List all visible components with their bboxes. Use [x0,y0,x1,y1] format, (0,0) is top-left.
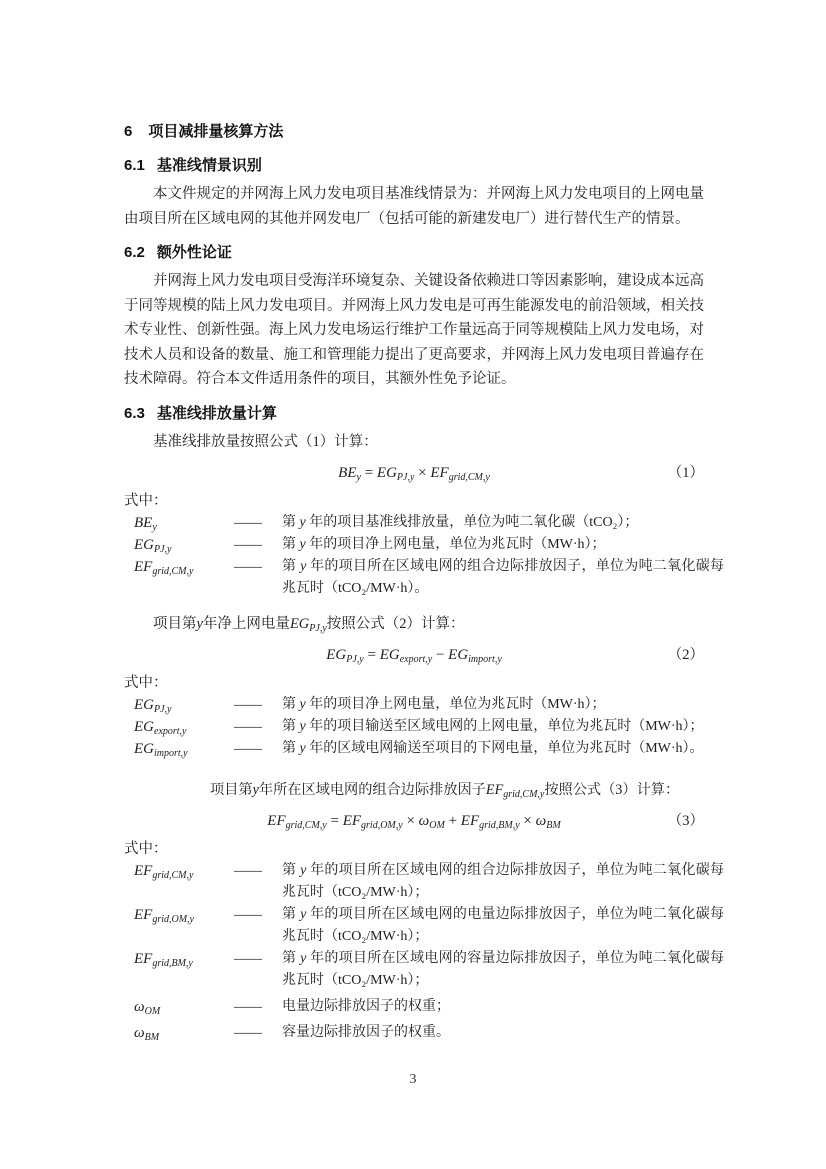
definition-dash: —— [234,904,282,926]
document-page: 6项目减排量核算方法 6.1基准线情景识别 本文件规定的并网海上风力发电项目基准… [0,0,826,1169]
definition-list-2: EGPJ,y —— 第 y 年的项目净上网电量，单位为兆瓦时（MW·h）； EG… [124,694,724,760]
definition-dash: —— [234,556,282,578]
where-label-3: 式中： [124,838,704,860]
heading-number: 6.2 [124,243,145,263]
formula-3: EFgrid,CM,y = EFgrid,OM,y × ωOM + EFgrid… [124,808,704,834]
definition-row: EGPJ,y —— 第 y 年的项目净上网电量，单位为兆瓦时（MW·h）； [124,694,724,716]
definition-list-1: BEy —— 第 y 年的项目基准线排放量，单位为吨二氧化碳（tCO₂）； EG… [124,512,724,600]
section-heading-6: 6项目减排量核算方法 [124,122,704,142]
definition-dash: —— [234,694,282,716]
formula-2-expression: EGPJ,y = EGexport,y − EGimport,y [326,642,502,668]
definition-row: ωBM —— 容量边际排放因子的权重。 [124,1022,724,1044]
formula-3-number: （3） [668,808,704,834]
definition-dash: —— [234,1022,282,1044]
formula-3-expression: EFgrid,CM,y = EFgrid,OM,y × ωOM + EFgrid… [267,808,560,834]
formula-2: EGPJ,y = EGexport,y − EGimport,y （2） [124,642,704,668]
definition-term: EFgrid,BM,y [134,948,234,970]
definition-dash: —— [234,534,282,556]
heading-title: 基准线情景识别 [157,157,262,174]
section-heading-6-3: 6.3基准线排放量计算 [124,404,704,424]
formula-1: BEy = EGPJ,y × EFgrid,CM,y （1） [124,460,704,486]
definition-text: 第 y 年的项目所在区域电网的容量边际排放因子，单位为吨二氧化碳每兆瓦时（tCO… [282,948,724,992]
definition-text: 第 y 年的项目所在区域电网的电量边际排放因子，单位为吨二氧化碳每兆瓦时（tCO… [282,904,724,948]
definition-term: EFgrid,CM,y [134,556,234,578]
definition-term: EGexport,y [134,716,234,738]
definition-dash: —— [234,948,282,970]
definition-dash: —— [234,860,282,882]
where-label-1: 式中： [124,490,704,512]
definition-row: EFgrid,BM,y —— 第 y 年的项目所在区域电网的容量边际排放因子，单… [124,948,724,992]
definition-term: EGimport,y [134,738,234,760]
section-heading-6-1: 6.1基准线情景识别 [124,156,704,176]
document-content: 6项目减排量核算方法 6.1基准线情景识别 本文件规定的并网海上风力发电项目基准… [124,122,704,1044]
definition-term: EFgrid,CM,y [134,860,234,882]
formula1-intro: 基准线排放量按照公式（1）计算： [124,430,704,454]
definition-row: EFgrid,OM,y —— 第 y 年的项目所在区域电网的电量边际排放因子，单… [124,904,724,948]
definition-term: EGPJ,y [134,534,234,556]
definition-dash: —— [234,738,282,760]
definition-list-3: EFgrid,CM,y —— 第 y 年的项目所在区域电网的组合边际排放因子，单… [124,860,724,1044]
definition-term: BEy [134,512,234,534]
paragraph-additionality: 并网海上风力发电项目受海洋环境复杂、关键设备依赖进口等因素影响，建设成本远高于同… [124,269,704,392]
page-number: 3 [0,1072,826,1088]
definition-text: 电量边际排放因子的权重； [282,996,724,1018]
definition-text: 第 y 年的项目基准线排放量，单位为吨二氧化碳（tCO₂）； [282,512,724,534]
definition-row: ωOM —— 电量边际排放因子的权重； [124,996,724,1018]
paragraph-baseline-scenario: 本文件规定的并网海上风力发电项目基准线情景为：并网海上风力发电项目的上网电量由项… [124,182,704,231]
definition-text: 第 y 年的项目净上网电量，单位为兆瓦时（MW·h）； [282,534,724,556]
heading-number: 6 [124,122,132,142]
formula-1-expression: BEy = EGPJ,y × EFgrid,CM,y [338,460,490,486]
definition-text: 第 y 年的项目所在区域电网的组合边际排放因子，单位为吨二氧化碳每兆瓦时（tCO… [282,860,724,904]
definition-row: EGPJ,y —— 第 y 年的项目净上网电量，单位为兆瓦时（MW·h）； [124,534,724,556]
definition-term: EFgrid,OM,y [134,904,234,926]
formula2-intro: 项目第y年净上网电量EGPJ,y按照公式（2）计算： [124,612,704,636]
section-heading-6-2: 6.2额外性论证 [124,243,704,263]
definition-dash: —— [234,716,282,738]
heading-title: 基准线排放量计算 [157,405,277,422]
definition-text: 第 y 年的项目输送至区域电网的上网电量，单位为兆瓦时（MW·h）； [282,716,724,738]
definition-row: EGimport,y —— 第 y 年的区域电网输送至项目的下网电量，单位为兆瓦… [124,738,724,760]
formula-1-number: （1） [668,460,704,486]
heading-title: 额外性论证 [157,244,232,261]
heading-number: 6.1 [124,156,145,176]
definition-row: EFgrid,CM,y —— 第 y 年的项目所在区域电网的组合边际排放因子，单… [124,860,724,904]
definition-term: ωOM [134,996,234,1018]
definition-term: EGPJ,y [134,694,234,716]
definition-row: EGexport,y —— 第 y 年的项目输送至区域电网的上网电量，单位为兆瓦… [124,716,724,738]
definition-text: 容量边际排放因子的权重。 [282,1022,724,1044]
definition-row: EFgrid,CM,y —— 第 y 年的项目所在区域电网的组合边际排放因子，单… [124,556,724,600]
formula3-intro: 项目第y年所在区域电网的组合边际排放因子EFgrid,CM,y按照公式（3）计算… [124,778,704,802]
heading-title: 项目减排量核算方法 [148,123,283,140]
definition-row: BEy —— 第 y 年的项目基准线排放量，单位为吨二氧化碳（tCO₂）； [124,512,724,534]
heading-number: 6.3 [124,404,145,424]
definition-dash: —— [234,512,282,534]
definition-text: 第 y 年的项目净上网电量，单位为兆瓦时（MW·h）； [282,694,724,716]
definition-term: ωBM [134,1022,234,1044]
definition-text: 第 y 年的项目所在区域电网的组合边际排放因子，单位为吨二氧化碳每兆瓦时（tCO… [282,556,724,600]
formula-2-number: （2） [668,642,704,668]
definition-text: 第 y 年的区域电网输送至项目的下网电量，单位为兆瓦时（MW·h）。 [282,738,724,760]
definition-dash: —— [234,996,282,1018]
where-label-2: 式中： [124,672,704,694]
